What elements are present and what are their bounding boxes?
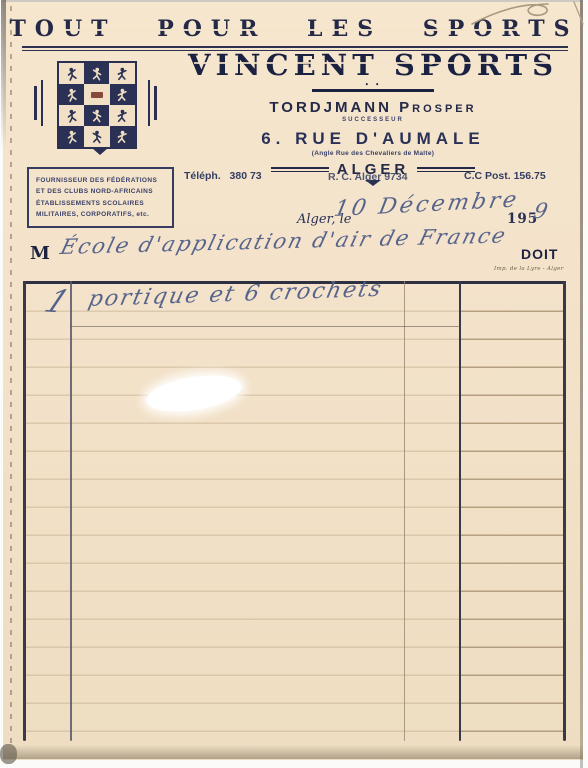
credentials-line: FOURNISSEUR DES FÉDÉRATIONS (36, 175, 167, 186)
row-separator (70, 326, 460, 327)
pencil-flourish (468, 0, 588, 32)
quantity-column-divider (70, 281, 72, 741)
table-border-left (23, 281, 26, 741)
credentials-line: MILITAIRES, CORPORATIFS, etc. (36, 209, 167, 220)
company-title: VINCENT SPORTS (188, 48, 558, 82)
crest-athlete-icon (110, 126, 135, 147)
crest-flank-bar (154, 86, 157, 120)
addressee-label: M (30, 243, 50, 264)
crest-athlete-icon (110, 84, 135, 105)
trade-register-entry: R. C. Alger 9734 (328, 171, 408, 183)
credentials-line: ET DES CLUBS NORD-AFRICAINS (36, 186, 167, 197)
phone-entry: Téléph. 380 73 (184, 170, 262, 182)
paper-bottom-shadow (3, 745, 583, 759)
crest-athlete-icon (110, 63, 135, 84)
phone-label: Téléph. (184, 170, 221, 182)
crest-flank-bar (148, 80, 150, 126)
city-rule-left (271, 167, 329, 172)
sports-crest-logo (57, 61, 137, 149)
street-address-note: (Angle Rue des Chevaliers de Malte) (312, 150, 434, 157)
amount-column-ruled-lines (461, 284, 563, 740)
crest-athlete-icon (84, 126, 109, 147)
successor-label: SUCCESSEUR (342, 117, 404, 123)
printer-credit: Imp. de la Lyre - Alger (494, 266, 564, 272)
amount-column-divider (459, 281, 461, 741)
scan-corner-artifact (0, 744, 17, 764)
letterhead: VINCENT SPORTS • • TORDJMANN Prosper SUC… (163, 48, 583, 186)
doit-label: DOIT (521, 246, 558, 262)
company-title-text: VINCENT SPORTS (188, 48, 558, 82)
crest-athlete-icon (84, 63, 109, 84)
crest-athlete-icon (84, 84, 109, 105)
proprietor-name: TORDJMANN Prosper (269, 99, 476, 116)
table-border-right (563, 281, 566, 741)
subcolumn-divider (404, 281, 405, 741)
crest-athlete-icon (59, 105, 84, 126)
crest-grid (59, 63, 135, 147)
title-underline (312, 89, 434, 92)
crest-athlete-icon (59, 63, 84, 84)
credentials-box: FOURNISSEUR DES FÉDÉRATIONSET DES CLUBS … (27, 167, 174, 228)
crest-flank-bar (34, 86, 37, 120)
crest-athlete-icon (110, 105, 135, 126)
paper-perforation-edge (10, 6, 12, 750)
crest-flank-bar (41, 80, 43, 126)
crest-athlete-icon (59, 126, 84, 147)
scanned-invoice: ≡ TOUT POUR LES SPORTS ≡ FOURNISSEUR DES… (0, 0, 588, 768)
crest-shield-point (92, 148, 108, 155)
street-address: 6. RUE D'AUMALE (261, 129, 485, 149)
crest-athlete-icon (59, 84, 84, 105)
banner-inline-stripe (61, 29, 527, 31)
title-ornament-dots: • • (365, 84, 381, 86)
title-inline-stripe (194, 62, 552, 64)
credentials-line: ÉTABLISSEMENTS SCOLAIRES (36, 198, 167, 209)
postal-account-entry: C.C Post. 156.75 (464, 170, 546, 182)
crest-athlete-icon (84, 105, 109, 126)
crest-center-mark (91, 92, 103, 98)
phone-number: 380 73 (230, 170, 262, 182)
